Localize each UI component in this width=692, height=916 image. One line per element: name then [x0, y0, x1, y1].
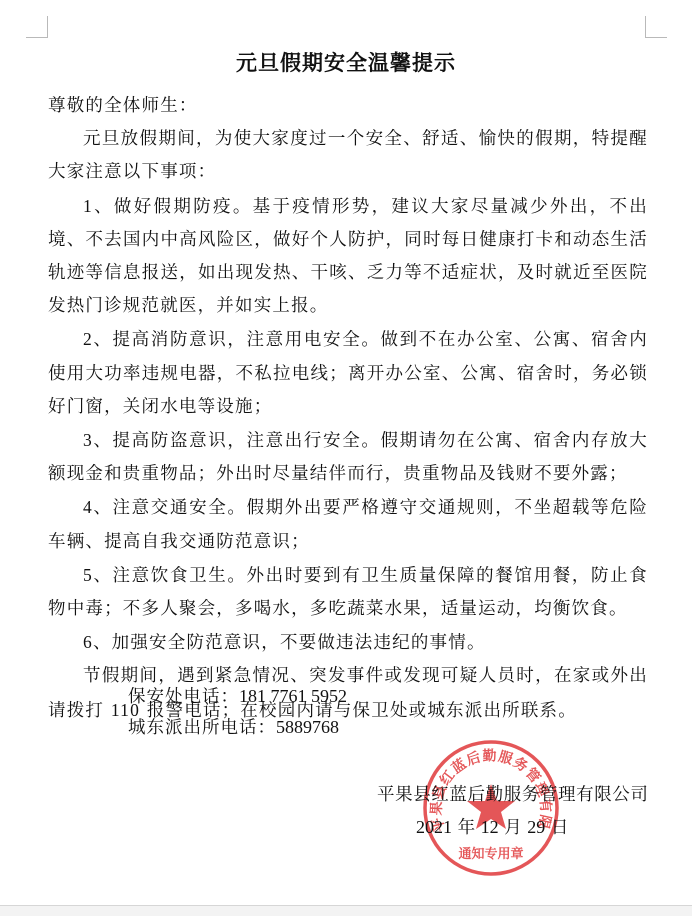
- date-month-unit: 月: [499, 818, 528, 838]
- item-text: 、做好假期防疫。基于疫情形势，建议大家尽量减少外出，不出境、不去国内中高风险区，…: [48, 197, 648, 317]
- item-text: 、提高消防意识，注意用电安全。做到不在办公室、公寓、宿舍内使用大功率违规电器，不…: [48, 330, 648, 416]
- item-number: 3: [83, 430, 93, 450]
- document-body: 尊敬的全体师生： 元旦放假期间，为使大家度过一个安全、舒适、愉快的假期，特提醒大…: [48, 90, 648, 728]
- item-4: 4、注意交通安全。假期外出要严格遵守交通规则，不坐超载等危险车辆、提高自我交通防…: [48, 491, 648, 558]
- page-corner-mark-top-left: [26, 16, 48, 38]
- item-1: 1、做好假期防疫。基于疫情形势，建议大家尽量减少外出，不出境、不去国内中高风险区…: [48, 190, 648, 324]
- item-number: 4: [83, 497, 93, 517]
- contact-phone: 181 7761 5952: [239, 686, 347, 706]
- item-number: 1: [83, 196, 93, 216]
- contact-phone: 5889768: [276, 717, 339, 737]
- date-day: 29: [527, 817, 545, 837]
- item-5: 5、注意饮食卫生。外出时要到有卫生质量保障的餐馆用餐，防止食物中毒；不多人聚会，…: [48, 559, 648, 626]
- item-text: 、加强安全防范意识，不要做违法违纪的事情。: [93, 633, 486, 653]
- item-2: 2、提高消防意识，注意用电安全。做到不在办公室、公寓、宿舍内使用大功率违规电器，…: [48, 323, 648, 424]
- document-title: 元旦假期安全温馨提示: [0, 47, 692, 77]
- contact-security-office: 保安处电话：181 7761 5952: [128, 683, 347, 708]
- date-year-unit: 年: [452, 818, 481, 838]
- item-text: 、注意交通安全。假期外出要严格遵守交通规则，不坐超载等危险车辆、提高自我交通防范…: [48, 498, 648, 551]
- contact-label: 保安处电话：: [128, 687, 239, 707]
- item-3: 3、提高防盗意识，注意出行安全。假期请勿在公寓、宿舍内存放大额现金和贵重物品；外…: [48, 424, 648, 491]
- contact-police-station: 城东派出所电话：5889768: [128, 714, 339, 739]
- official-seal-stamp: 平果县红蓝后勤服务管理有限公司 通知专用章: [421, 738, 561, 878]
- item-number: 2: [83, 329, 93, 349]
- salutation: 尊敬的全体师生：: [48, 90, 648, 123]
- seal-bottom-text: 通知专用章: [458, 846, 523, 862]
- intro-paragraph: 元旦放假期间，为使大家度过一个安全、舒适、愉快的假期，特提醒大家注意以下事项：: [48, 123, 648, 189]
- item-number: 5: [83, 565, 93, 585]
- date-year: 2021: [416, 817, 452, 837]
- item-number: 6: [83, 632, 93, 652]
- date-month: 12: [481, 817, 499, 837]
- document-date: 2021 年 12 月 29 日: [416, 814, 568, 839]
- item-6: 6、加强安全防范意识，不要做违法违纪的事情。: [48, 626, 648, 660]
- item-text: 、注意饮食卫生。外出时要到有卫生质量保障的餐馆用餐，防止食物中毒；不多人聚会，多…: [48, 566, 648, 619]
- page-bottom-edge: [0, 905, 692, 916]
- item-text: 、提高防盗意识，注意出行安全。假期请勿在公寓、宿舍内存放大额现金和贵重物品；外出…: [48, 431, 648, 484]
- contact-label: 城东派出所电话：: [128, 718, 276, 738]
- signature-company: 平果县红蓝后勤服务管理有限公司: [377, 781, 649, 806]
- date-day-unit: 日: [545, 818, 568, 838]
- page-corner-mark-top-right: [645, 16, 667, 38]
